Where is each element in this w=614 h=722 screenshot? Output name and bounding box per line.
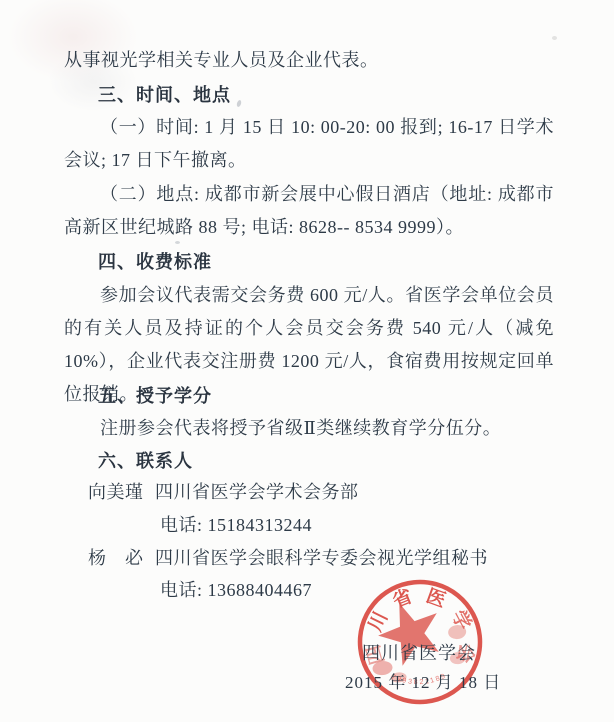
contact-name: 向美瑾 — [88, 476, 155, 509]
paragraph-credits: 注册参会代表将授予省级Ⅱ类继续教育学分伍分。 — [64, 412, 554, 445]
signature-date: 2015 年 12 月 18 日 — [345, 668, 501, 693]
contact-phone: 电话: 13688404467 — [64, 574, 614, 607]
section-heading-time-location: 三、时间、地点 — [64, 79, 588, 112]
signature-org: 四川省医学会 — [362, 639, 476, 665]
paragraph-attendees: 从事视光学相关专业人员及企业代表。 — [64, 44, 554, 77]
paragraph-time: （一）时间: 1 月 15 日 10: 00-20: 00 报到; 16-17 … — [64, 111, 554, 177]
section-heading-contacts: 六、联系人 — [64, 445, 588, 478]
scan-speck — [552, 36, 557, 40]
section-heading-credits: 五、授予学分 — [64, 380, 588, 413]
contact-org: 四川省医学会学术会务部 — [155, 476, 359, 509]
contact-name: 杨 必 — [88, 542, 155, 575]
contact-row: 杨 必 四川省医学会眼科学专委会视光学组秘书 — [64, 542, 554, 575]
contact-row: 向美瑾 四川省医学会学术会务部 — [64, 476, 554, 509]
section-heading-fees: 四、收费标准 — [64, 246, 588, 279]
contact-phone: 电话: 15184313244 — [64, 509, 614, 542]
contact-org: 四川省医学会眼科学专委会视光学组秘书 — [155, 542, 488, 575]
paragraph-location: （二）地点: 成都市新会展中心假日酒店（地址: 成都市高新区世纪城路 88 号;… — [64, 178, 554, 244]
scanned-document-page: 从事视光学相关专业人员及企业代表。 三、时间、地点 （一）时间: 1 月 15 … — [0, 0, 614, 722]
